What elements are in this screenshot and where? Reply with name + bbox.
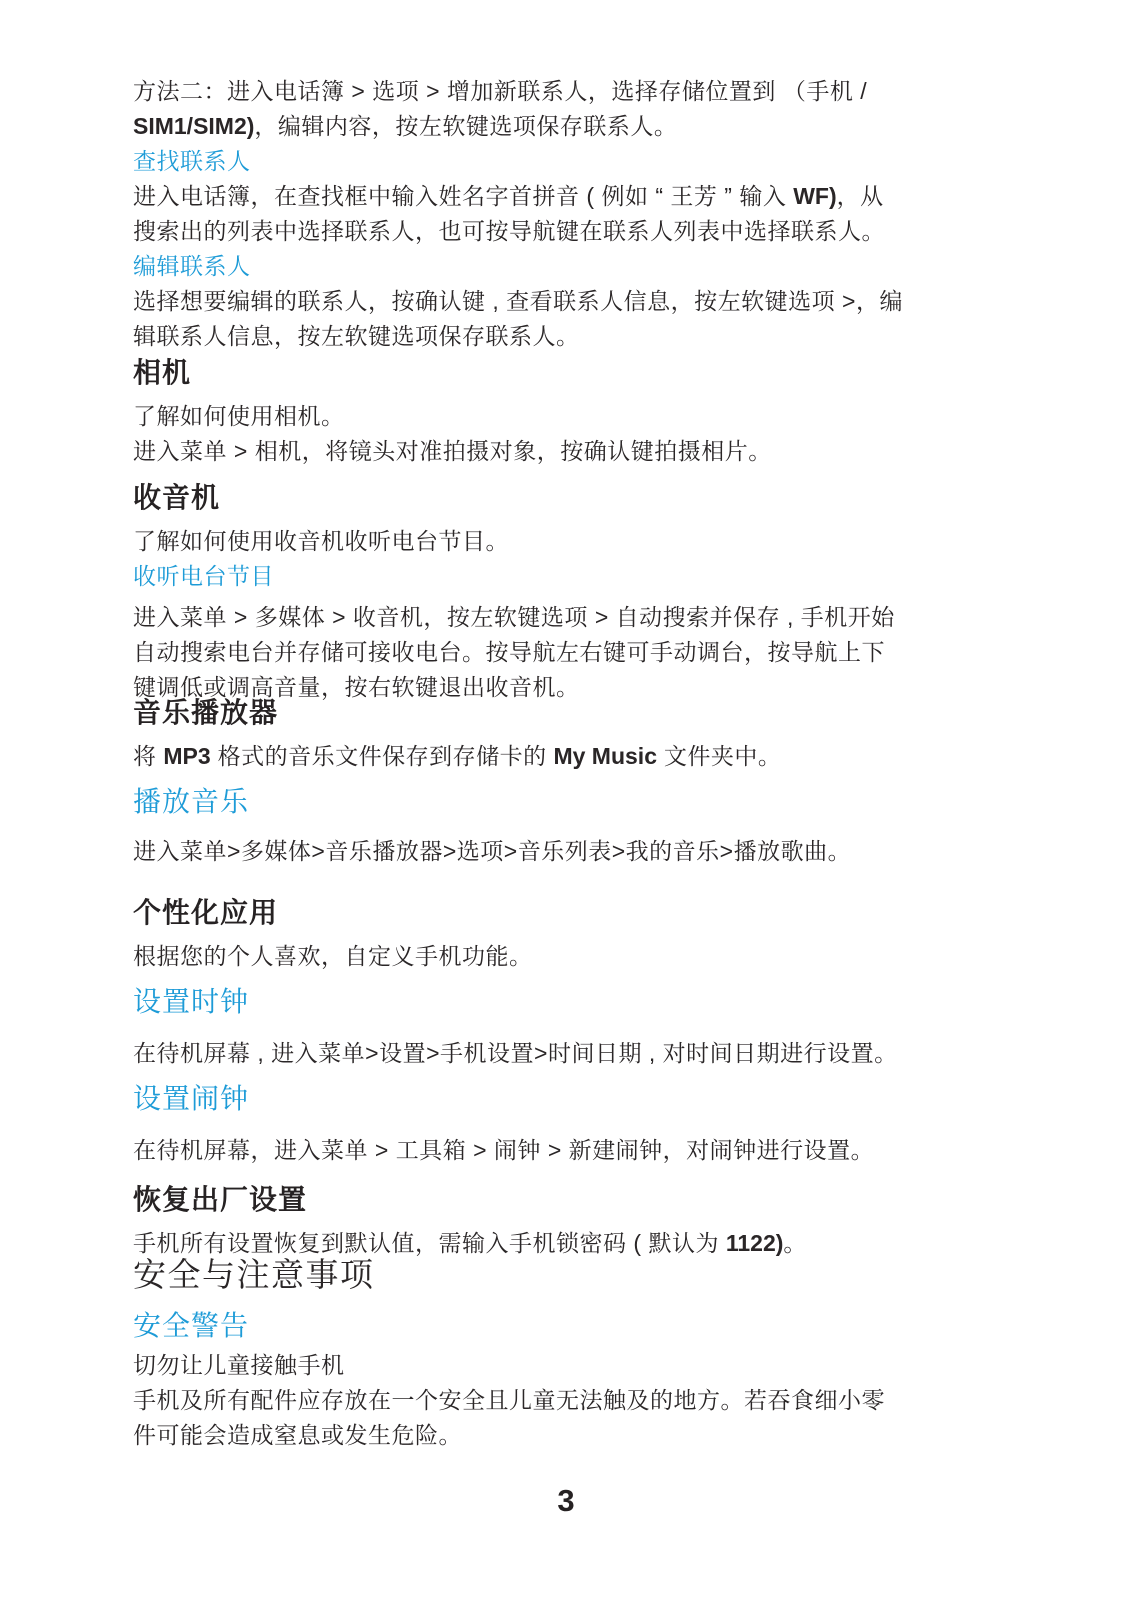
paragraph-set-clock: 在待机屏幕 , 进入菜单>设置>手机设置>时间日期 , 对时间日期进行设置。: [133, 1036, 1001, 1071]
subheading-find-contact: 查找联系人: [133, 144, 1001, 179]
paragraph-safety-line1: 切勿让儿童接触手机: [133, 1348, 1001, 1383]
paragraph-music-intro: 将 MP3 格式的音乐文件保存到存储卡的 My Music 文件夹中。: [133, 739, 1001, 774]
music-mymusic-label: My Music: [553, 743, 657, 769]
subheading-set-clock: 设置时钟: [133, 980, 1001, 1024]
heading-music-player: 音乐播放器: [133, 693, 1001, 733]
subheading-safety-warning: 安全警告: [133, 1304, 1001, 1348]
paragraph-radio-body: 进入菜单 > 多媒体 > 收音机，按左软键选项 > 自动搜索并保存 , 手机开始…: [133, 600, 1001, 705]
method2-text-end: ，编辑内容，按左软键选项保存联系人。: [254, 113, 677, 139]
music-text: 将: [133, 743, 163, 769]
heading-camera: 相机: [133, 353, 1001, 393]
paragraph-find-contact: 进入电话簿，在查找框中输入姓名字首拼音 ( 例如 “ 王芳 ” 输入 WF)，从…: [133, 179, 1001, 249]
section-camera: 相机 了解如何使用相机。 进入菜单 > 相机，将镜头对准拍摄对象，按确认键拍摄相…: [133, 353, 1001, 469]
section-music-player: 音乐播放器 将 MP3 格式的音乐文件保存到存储卡的 My Music 文件夹中…: [133, 693, 1001, 869]
paragraph-add-contact-method2: 方法二：进入电话簿 > 选项 > 增加新联系人，选择存储位置到 （手机 / SI…: [133, 74, 1001, 144]
section-personalize: 个性化应用 根据您的个人喜欢，自定义手机功能。 设置时钟 在待机屏幕 , 进入菜…: [133, 893, 1001, 1168]
heading-personalize: 个性化应用: [133, 893, 1001, 933]
section-contacts: 方法二：进入电话簿 > 选项 > 增加新联系人，选择存储位置到 （手机 / SI…: [133, 74, 1001, 354]
section-factory-reset: 恢复出厂设置 手机所有设置恢复到默认值，需输入手机锁密码 ( 默认为 1122)…: [133, 1180, 1001, 1261]
page-number: 3: [0, 1483, 1132, 1519]
find-wf-label: WF): [793, 183, 836, 209]
paragraph-camera-intro: 了解如何使用相机。: [133, 399, 1001, 434]
heading-safety-chapter: 安全与注意事项: [133, 1252, 1001, 1298]
find-text: 进入电话簿，在查找框中输入姓名字首拼音 ( 例如 “ 王芳 ” 输入: [133, 183, 793, 209]
music-mp3-label: MP3: [163, 743, 210, 769]
paragraph-safety-line2: 手机及所有配件应存放在一个安全且儿童无法触及的地方。若吞食细小零 件可能会造成窒…: [133, 1383, 1001, 1453]
paragraph-music-path: 进入菜单>多媒体>音乐播放器>选项>音乐列表>我的音乐>播放歌曲。: [133, 834, 1001, 869]
subheading-edit-contact: 编辑联系人: [133, 249, 1001, 284]
subheading-listen-radio: 收听电台节目: [133, 559, 1001, 594]
music-text-mid: 格式的音乐文件保存到存储卡的: [211, 743, 554, 769]
paragraph-edit-contact: 选择想要编辑的联系人，按确认键 , 查看联系人信息，按左软键选项 >，编 辑联系…: [133, 284, 1001, 354]
method2-sim-label: SIM1/SIM2): [133, 113, 254, 139]
subheading-set-alarm: 设置闹钟: [133, 1077, 1001, 1121]
method2-text: 方法二：进入电话簿 > 选项 > 增加新联系人，选择存储位置到 （手机 /: [133, 78, 867, 104]
music-text-end: 文件夹中。: [657, 743, 781, 769]
manual-page: 方法二：进入电话簿 > 选项 > 增加新联系人，选择存储位置到 （手机 / SI…: [0, 0, 1132, 1600]
heading-factory-reset: 恢复出厂设置: [133, 1180, 1001, 1220]
paragraph-personalize-intro: 根据您的个人喜欢，自定义手机功能。: [133, 939, 1001, 974]
paragraph-camera-path: 进入菜单 > 相机，将镜头对准拍摄对象，按确认键拍摄相片。: [133, 434, 1001, 469]
paragraph-set-alarm: 在待机屏幕，进入菜单 > 工具箱 > 闹钟 > 新建闹钟，对闹钟进行设置。: [133, 1133, 1001, 1168]
section-radio: 收音机 了解如何使用收音机收听电台节目。 收听电台节目 进入菜单 > 多媒体 >…: [133, 478, 1001, 705]
paragraph-radio-intro: 了解如何使用收音机收听电台节目。: [133, 524, 1001, 559]
subheading-play-music: 播放音乐: [133, 780, 1001, 824]
heading-radio: 收音机: [133, 478, 1001, 518]
section-safety: 安全与注意事项 安全警告 切勿让儿童接触手机 手机及所有配件应存放在一个安全且儿…: [133, 1252, 1001, 1453]
